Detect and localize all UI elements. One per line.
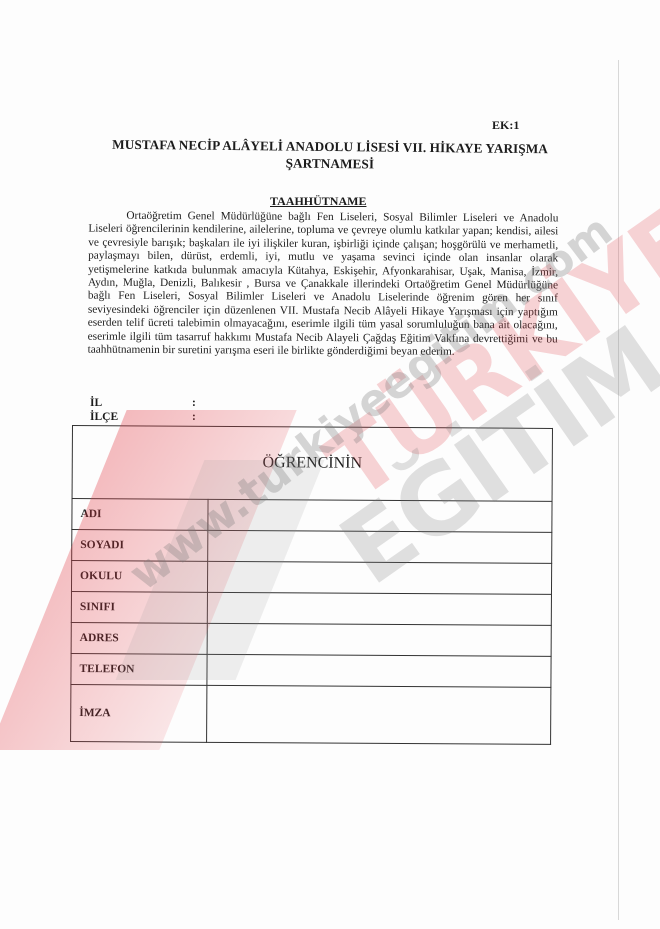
field-label-sinifi: SINIFI [71, 591, 207, 623]
field-label-imza: İMZA [71, 684, 207, 742]
field-value-adi[interactable] [208, 499, 552, 532]
field-value-okulu[interactable] [207, 561, 551, 594]
document-title: MUSTAFA NECİP ALÂYELİ ANADOLU LİSESİ VII… [110, 136, 550, 175]
table-row: ADRES [71, 622, 551, 656]
section-heading: TAAHHÜTNAME [270, 194, 366, 209]
commitment-paragraph: Ortaöğretim Genel Müdürlüğüne bağlı Fen … [88, 210, 559, 360]
il-label: İL [90, 397, 102, 409]
field-label-adres: ADRES [71, 622, 207, 654]
field-value-imza[interactable] [207, 685, 551, 744]
table-row: OKULU [71, 561, 551, 595]
table-row: ADI [72, 499, 552, 533]
field-value-telefon[interactable] [207, 654, 551, 687]
ilce-label: İLÇE [90, 411, 118, 423]
document-page: EK:1 MUSTAFA NECİP ALÂYELİ ANADOLU LİSES… [0, 0, 660, 929]
annex-label: EK:1 [492, 118, 519, 133]
table-header: ÖĞRENCİNİN [72, 426, 552, 502]
student-info-table: ÖĞRENCİNİN ADI SOYADI OKULU SINIFI ADRES… [70, 425, 553, 745]
page-edge-shadow [618, 60, 619, 920]
field-value-sinifi[interactable] [207, 592, 551, 625]
field-value-soyadi[interactable] [208, 530, 552, 563]
table-row: SOYADI [72, 530, 552, 564]
field-label-telefon: TELEFON [71, 653, 207, 685]
il-field[interactable]: İL : [90, 397, 102, 409]
table-row: İMZA [71, 684, 551, 744]
field-label-adi: ADI [72, 499, 208, 531]
il-separator: : [192, 397, 196, 409]
table-row: SINIFI [71, 591, 551, 625]
field-label-okulu: OKULU [71, 561, 207, 593]
table-row: TELEFON [71, 653, 551, 687]
ilce-separator: : [192, 411, 196, 423]
field-label-soyadi: SOYADI [72, 530, 208, 562]
ilce-field[interactable]: İLÇE : [90, 411, 118, 423]
field-value-adres[interactable] [207, 623, 551, 656]
